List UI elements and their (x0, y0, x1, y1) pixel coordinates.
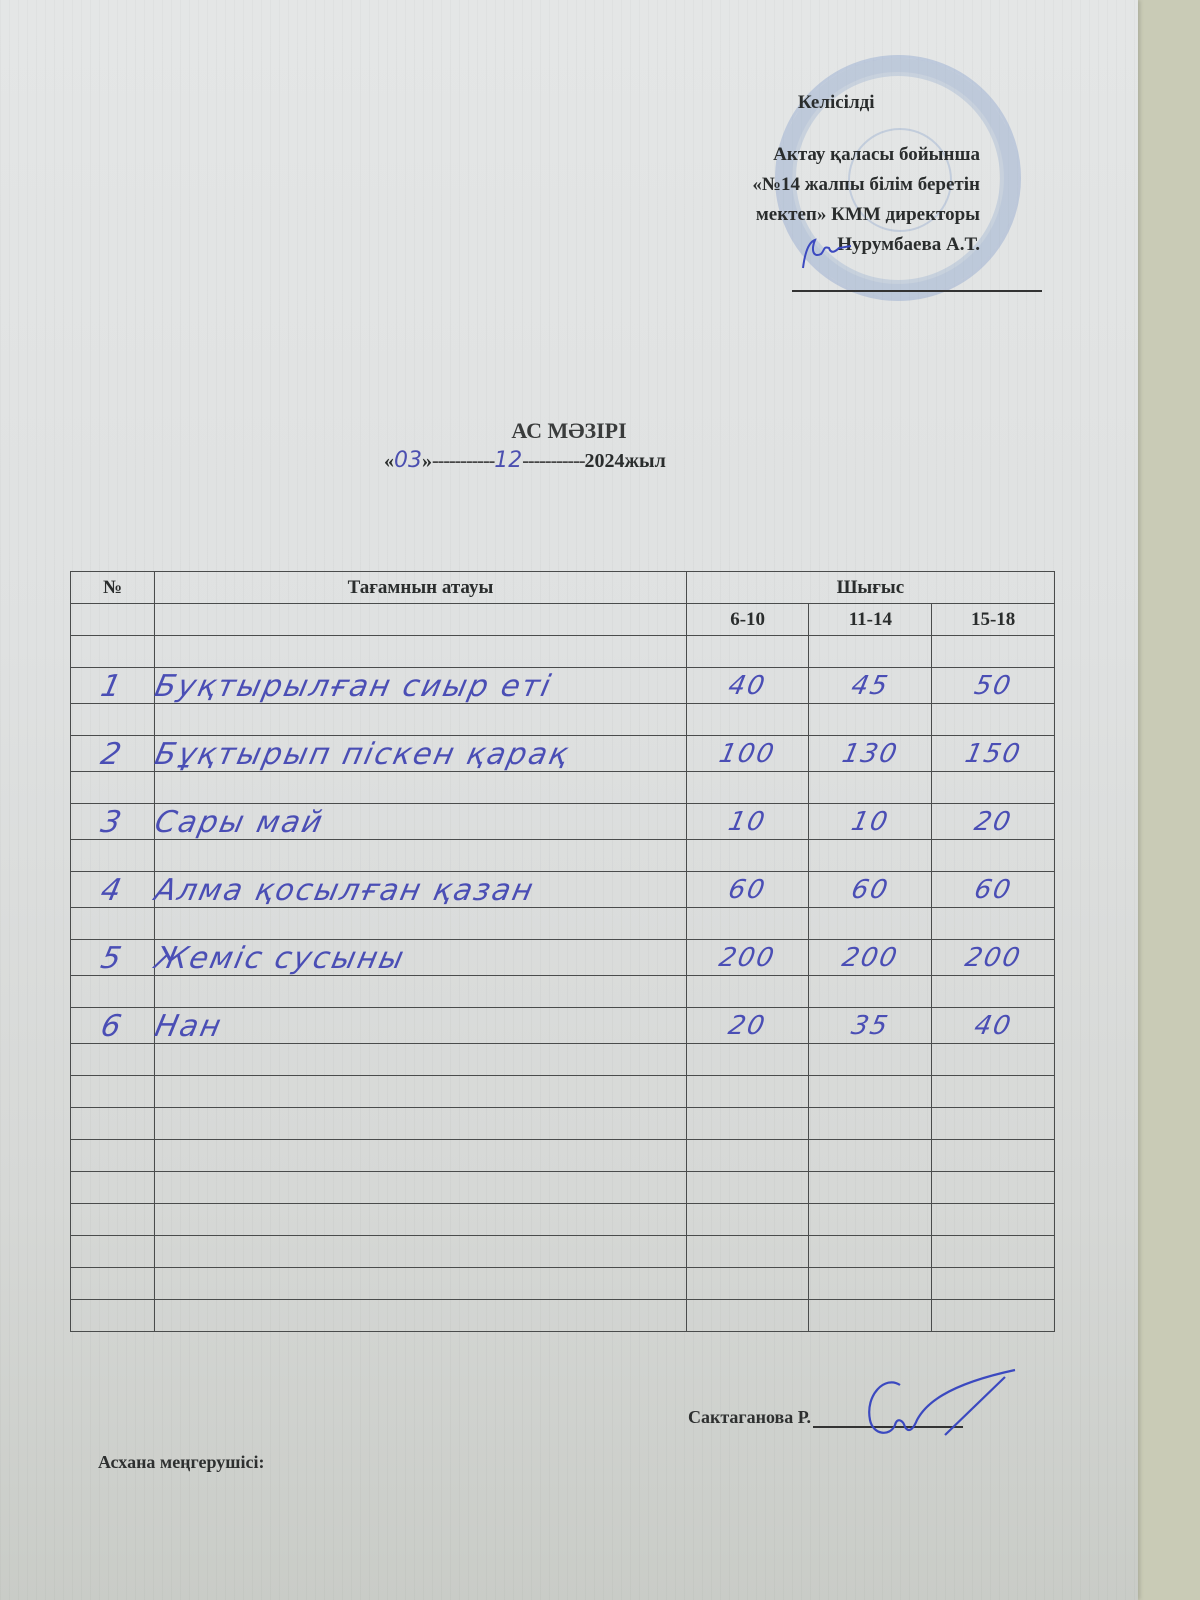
portion-grams: 60 (805, 872, 935, 908)
table-row-empty (71, 1140, 1055, 1172)
portion-grams: 10 (682, 804, 812, 840)
table-row: 4Алма қосылған қазан606060 (71, 872, 1055, 908)
date-month: 12 (494, 448, 522, 473)
table-row-blank (71, 1044, 1055, 1076)
menu-document-page: Келісілді Актау қаласы бойынша «№14 жалп… (0, 0, 1138, 1600)
portion-grams: 60 (928, 872, 1058, 908)
header-age-11-14: 11-14 (809, 604, 932, 636)
portion-grams: 200 (682, 940, 812, 976)
table-row: 5Жеміс сусыны200200200 (71, 940, 1055, 976)
portion-grams: 60 (682, 872, 812, 908)
canteen-manager-signature (855, 1365, 1025, 1445)
portion-grams: 200 (928, 940, 1058, 976)
table-row-blank (71, 704, 1055, 736)
approval-line-director: Нурумбаева А.Т. (752, 230, 980, 260)
table-row-blank (71, 636, 1055, 668)
table-row-empty (71, 1268, 1055, 1300)
row-number: 2 (67, 736, 159, 772)
portion-grams: 40 (928, 1008, 1058, 1044)
portion-grams: 50 (928, 668, 1058, 704)
approval-heading: Келісілді (752, 88, 920, 118)
dish-name: Сары май (151, 804, 690, 840)
date-year: 2024жыл (585, 450, 666, 473)
menu-date: « 03 » ----------- 12 ----------- 2024жы… (384, 448, 666, 473)
table-row: 2Бұқтырып піскен қарақ100130150 (71, 736, 1055, 772)
row-number: 6 (67, 1008, 159, 1044)
canteen-manager-label: Асхана меңгерушісі: (98, 1452, 264, 1473)
dish-name: Буқтырылған сиыр еті (151, 668, 690, 704)
date-close-quote: » (422, 450, 432, 473)
portion-grams: 100 (682, 736, 812, 772)
approval-line-school: «№14 жалпы білім беретін (752, 170, 980, 200)
date-dashes-1: ----------- (432, 450, 494, 473)
header-dish-name: Тағамнын атауы (155, 572, 687, 604)
table-row-blank (71, 840, 1055, 872)
approval-block: Келісілді Актау қаласы бойынша «№14 жалп… (752, 88, 980, 260)
page-title: АС МӘЗІРІ (0, 418, 1138, 444)
portion-grams: 20 (928, 804, 1058, 840)
portion-grams: 150 (928, 736, 1058, 772)
menu-table-body: 1Буқтырылған сиыр еті4045502Бұқтырып піс… (71, 636, 1055, 1332)
table-row: 3Сары май101020 (71, 804, 1055, 840)
table-row: 6Нан203540 (71, 1008, 1055, 1044)
director-signature (795, 232, 855, 272)
table-row-empty (71, 1108, 1055, 1140)
header-row-main: № Тағамнын атауы Шығыс (71, 572, 1055, 604)
table-row: 1Буқтырылған сиыр еті404550 (71, 668, 1055, 704)
portion-grams: 45 (805, 668, 935, 704)
date-day: 03 (394, 448, 422, 473)
table-row-empty (71, 1204, 1055, 1236)
row-number: 5 (67, 940, 159, 976)
header-row-age-groups: 6-10 11-14 15-18 (71, 604, 1055, 636)
dish-name: Алма қосылған қазан (151, 872, 690, 908)
dish-name: Нан (151, 1008, 690, 1044)
portion-grams: 35 (805, 1008, 935, 1044)
table-row-blank (71, 976, 1055, 1008)
header-number: № (71, 572, 155, 604)
table-row-empty (71, 1172, 1055, 1204)
dish-name: Бұқтырып піскен қарақ (151, 736, 690, 772)
approval-line-city: Актау қаласы бойынша (752, 140, 980, 170)
portion-grams: 20 (682, 1008, 812, 1044)
canteen-manager-name: Сактаганова Р. (688, 1407, 811, 1428)
date-dashes-2: ----------- (522, 450, 584, 473)
approval-line-position: мектеп» КММ директоры (752, 200, 980, 230)
row-number: 4 (67, 872, 159, 908)
portion-grams: 200 (805, 940, 935, 976)
header-age-6-10: 6-10 (686, 604, 809, 636)
table-row-blank (71, 772, 1055, 804)
table-row-empty (71, 1300, 1055, 1332)
portion-grams: 40 (682, 668, 812, 704)
director-signature-line (792, 290, 1042, 292)
dish-name: Жеміс сусыны (151, 940, 690, 976)
table-row-blank (71, 908, 1055, 940)
row-number: 3 (67, 804, 159, 840)
header-output: Шығыс (686, 572, 1054, 604)
header-age-15-18: 15-18 (932, 604, 1055, 636)
portion-grams: 130 (805, 736, 935, 772)
table-row-empty (71, 1076, 1055, 1108)
row-number: 1 (67, 668, 159, 704)
menu-table: № Тағамнын атауы Шығыс 6-10 11-14 15-18 … (70, 571, 1055, 1332)
date-open-quote: « (384, 450, 394, 473)
portion-grams: 10 (805, 804, 935, 840)
table-row-empty (71, 1236, 1055, 1268)
